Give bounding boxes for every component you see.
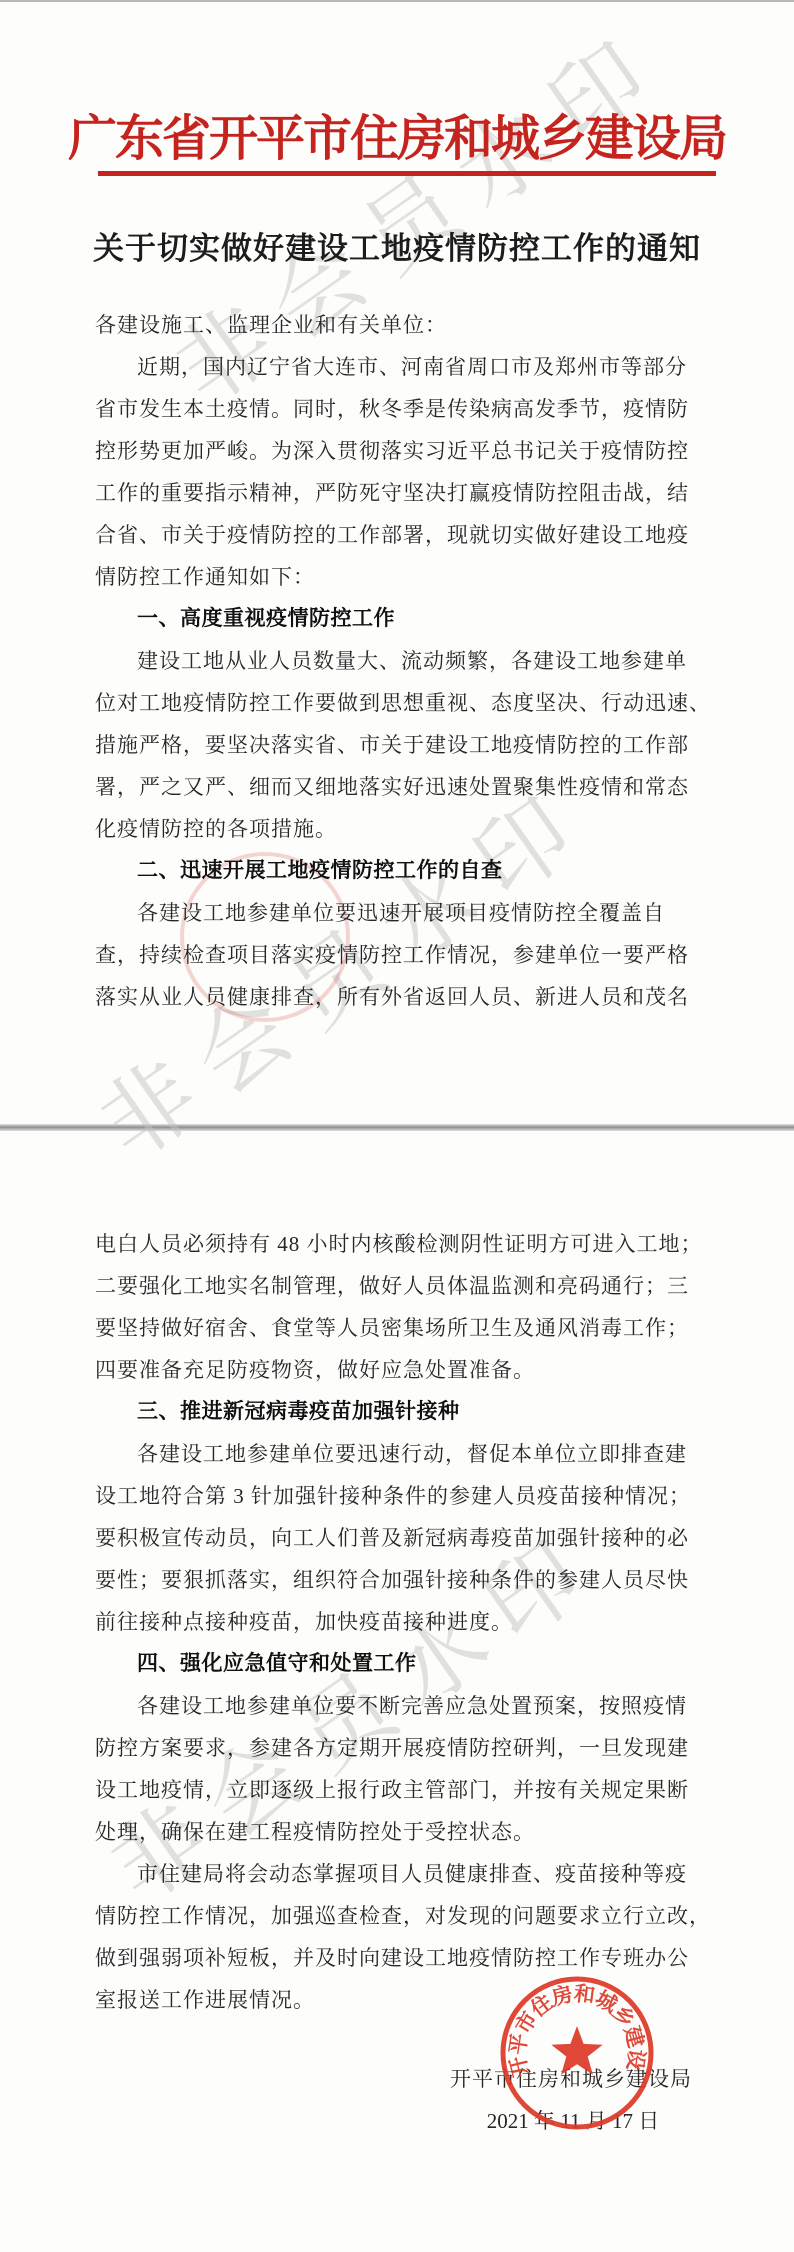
body-line: 落实从业人员健康排查，所有外省返回人员、新进人员和茂名 bbox=[95, 976, 707, 1018]
official-seal: 开平市住房和城乡建设局 bbox=[492, 1968, 662, 2138]
body-line: 省市发生本土疫情。同时，秋冬季是传染病高发季节，疫情防 bbox=[95, 388, 707, 430]
body-line: 电白人员必须持有 48 小时内核酸检测阴性证明方可进入工地； bbox=[95, 1223, 707, 1265]
body-line: 四要准备充足防疫物资，做好应急处置准备。 bbox=[95, 1349, 707, 1391]
section-heading: 四、强化应急值守和处置工作 bbox=[95, 1643, 707, 1685]
body-line: 设工地符合第 3 针加强针接种条件的参建人员疫苗接种情况； bbox=[95, 1475, 707, 1517]
salutation-line: 各建设施工、监理企业和有关单位： bbox=[95, 304, 707, 346]
body-line: 设工地疫情，立即逐级上报行政主管部门，并按有关规定果断 bbox=[95, 1769, 707, 1811]
seal-star-icon bbox=[551, 2026, 602, 2075]
body-line: 措施严格，要坚决落实省、市关于建设工地疫情防控的工作部 bbox=[95, 724, 707, 766]
letterhead-rule bbox=[98, 171, 716, 176]
section-heading: 三、推进新冠病毒疫苗加强针接种 bbox=[95, 1391, 707, 1433]
body-line: 各建设工地参建单位要迅速开展项目疫情防控全覆盖自 bbox=[95, 892, 707, 934]
letterhead-agency: 广东省开平市住房和城乡建设局 bbox=[0, 100, 794, 170]
body-line: 署，严之又严、细而又细地落实好迅速处置聚集性疫情和常态 bbox=[95, 766, 707, 808]
body-line: 控形势更加严峻。为深入贯彻落实习近平总书记关于疫情防控 bbox=[95, 430, 707, 472]
body-line: 要积极宣传动员，向工人们普及新冠病毒疫苗加强针接种的必 bbox=[95, 1517, 707, 1559]
section-heading: 二、迅速开展工地疫情防控工作的自查 bbox=[95, 850, 707, 892]
body-line: 前往接种点接种疫苗，加快疫苗接种进度。 bbox=[95, 1601, 707, 1643]
page2-body: 电白人员必须持有 48 小时内核酸检测阴性证明方可进入工地； 二要强化工地实名制… bbox=[95, 1223, 707, 2021]
body-line: 情防控工作情况，加强巡查检查，对发现的问题要求立行立改， bbox=[95, 1895, 707, 1937]
body-line: 合省、市关于疫情防控的工作部署，现就切实做好建设工地疫 bbox=[95, 514, 707, 556]
body-line: 要坚持做好宿舍、食堂等人员密集场所卫生及通风消毒工作； bbox=[95, 1307, 707, 1349]
body-line: 防控方案要求，参建各方定期开展疫情防控研判，一旦发现建 bbox=[95, 1727, 707, 1769]
body-line: 查，持续检查项目落实疫情防控工作情况，参建单位一要严格 bbox=[95, 934, 707, 976]
page1-body: 各建设施工、监理企业和有关单位： 近期，国内辽宁省大连市、河南省周口市及郑州市等… bbox=[95, 304, 707, 1018]
body-line: 近期，国内辽宁省大连市、河南省周口市及郑州市等部分 bbox=[95, 346, 707, 388]
body-line: 各建设工地参建单位要不断完善应急处置预案，按照疫情 bbox=[95, 1685, 707, 1727]
body-line: 化疫情防控的各项措施。 bbox=[95, 808, 707, 850]
body-line: 建设工地从业人员数量大、流动频繁，各建设工地参建单 bbox=[95, 640, 707, 682]
document-title: 关于切实做好建设工地疫情防控工作的通知 bbox=[0, 223, 794, 268]
section-heading: 一、高度重视疫情防控工作 bbox=[95, 598, 707, 640]
body-line: 市住建局将会动态掌握项目人员健康排查、疫苗接种等疫 bbox=[95, 1853, 707, 1895]
body-line: 各建设工地参建单位要迅速行动，督促本单位立即排查建 bbox=[95, 1433, 707, 1475]
body-line: 二要强化工地实名制管理，做好人员体温监测和亮码通行；三 bbox=[95, 1265, 707, 1307]
body-line: 情防控工作通知如下： bbox=[95, 556, 707, 598]
body-line: 工作的重要指示精神，严防死守坚决打赢疫情防控阻击战，结 bbox=[95, 472, 707, 514]
body-line: 处理，确保在建工程疫情防控处于受控状态。 bbox=[95, 1811, 707, 1853]
page-break-shadow bbox=[0, 1124, 794, 1131]
page-1: 非会员水印 非会员水印 广东省开平市住房和城乡建设局 关于切实做好建设工地疫情防… bbox=[0, 0, 794, 1125]
body-line: 要性；要狠抓落实，组织符合加强针接种条件的参建人员尽快 bbox=[95, 1559, 707, 1601]
page-2: 非会员水印 电白人员必须持有 48 小时内核酸检测阴性证明方可进入工地； 二要强… bbox=[0, 1131, 794, 2252]
body-line: 位对工地疫情防控工作要做到思想重视、态度坚决、行动迅速、 bbox=[95, 682, 707, 724]
